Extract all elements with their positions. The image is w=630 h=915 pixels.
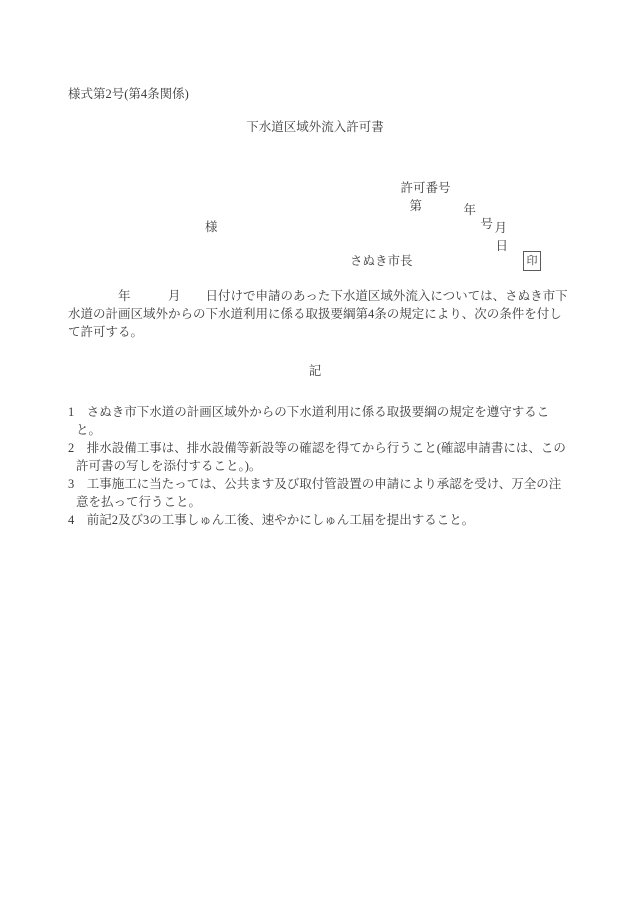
conditions-list: 1 さぬき市下水道の計画区域外からの下水道利用に係る取扱要綱の規定を遵守するこ … <box>68 403 578 529</box>
condition-item-2: 2 排水設備工事は、排水設備等新設等の確認を得てから行うこと(確認申請書には、こ… <box>68 439 578 475</box>
permit-document-page: 様式第2号(第4条関係) 下水道区域外流入許可書 許可番号 第 号 年 月 日 … <box>0 0 630 915</box>
permit-number-prefix: 第 <box>410 199 423 213</box>
condition-line: 1 さぬき市下水道の計画区域外からの下水道利用に係る取扱要綱の規定を遵守するこ <box>68 403 578 421</box>
form-number: 様式第2号(第4条関係) <box>68 85 189 103</box>
seal-placeholder-box: 印 <box>523 251 541 271</box>
body-paragraph-line: 年 月 日付けで申請のあった下水道区域外流入については、さぬき市下 <box>68 287 578 305</box>
body-paragraph: 年 月 日付けで申請のあった下水道区域外流入については、さぬき市下 水道の計画区… <box>68 287 578 341</box>
condition-line: と。 <box>68 421 578 439</box>
body-paragraph-line: て許可する。 <box>68 323 578 341</box>
document-title: 下水道区域外流入許可書 <box>0 118 630 136</box>
date-year-label: 年 <box>464 203 477 217</box>
condition-item-1: 1 さぬき市下水道の計画区域外からの下水道利用に係る取扱要綱の規定を遵守するこ … <box>68 403 578 439</box>
date-month-label: 月 <box>495 221 508 235</box>
date-day-label: 日 <box>496 239 509 253</box>
addressee-honorific: 様 <box>205 218 218 236</box>
issuer-name: さぬき市長 <box>350 252 413 270</box>
permit-number-label: 許可番号 <box>401 181 451 195</box>
condition-item-4: 4 前記2及び3の工事しゅん工後、速やかにしゅん工届を提出すること。 <box>68 511 578 529</box>
notes-heading: 記 <box>0 362 630 380</box>
condition-item-3: 3 工事施工に当たっては、公共ます及び取付管設置の申請により承認を受け、万全の注… <box>68 475 578 511</box>
issue-date-line: 年 月 日 <box>451 183 508 273</box>
condition-line: 許可書の写しを添付すること。)。 <box>68 457 578 475</box>
body-paragraph-line: 水道の計画区域外からの下水道利用に係る取扱要綱第4条の規定により、次の条件を付し <box>68 305 578 323</box>
condition-line: 2 排水設備工事は、排水設備等新設等の確認を得てから行うこと(確認申請書には、こ… <box>68 439 578 457</box>
condition-line: 意を払って行うこと。 <box>68 493 578 511</box>
condition-line: 3 工事施工に当たっては、公共ます及び取付管設置の申請により承認を受け、万全の注 <box>68 475 578 493</box>
condition-line: 4 前記2及び3の工事しゅん工後、速やかにしゅん工届を提出すること。 <box>68 511 578 529</box>
